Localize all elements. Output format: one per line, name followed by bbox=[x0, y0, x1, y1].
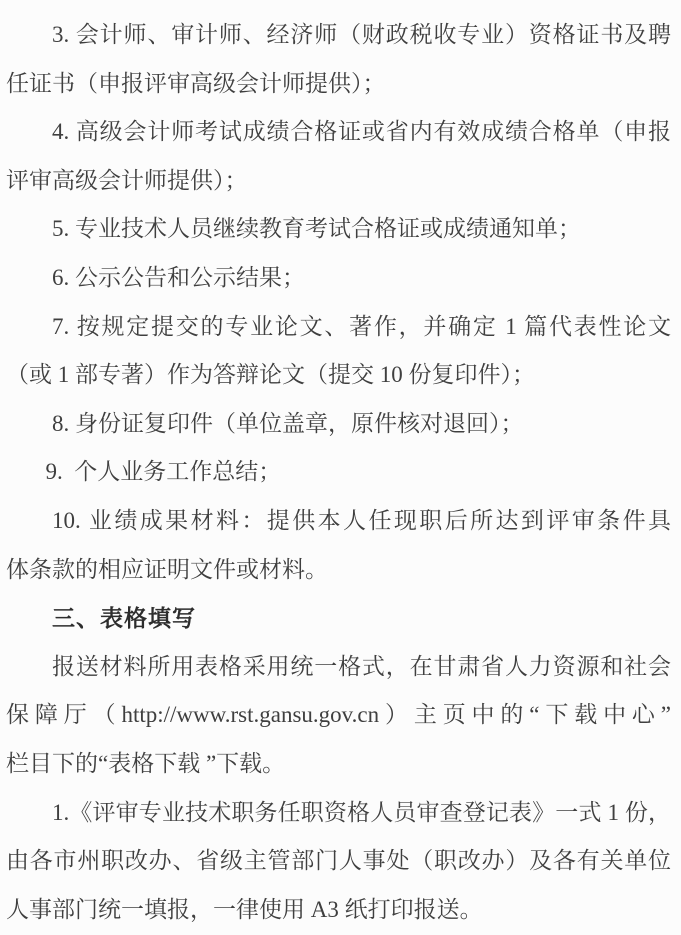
text-line: 报送材料所用表格采用统一格式，在甘肃省人力资源和社会 bbox=[6, 643, 671, 692]
text-line: 4. 高级会计师考试成绩合格证或省内有效成绩合格单（申报 bbox=[6, 108, 671, 157]
text-line: 7. 按规定提交的专业论文、著作，并确定 1 篇代表性论文 bbox=[6, 303, 671, 352]
section-heading-block: 三、表格填写 bbox=[6, 594, 671, 643]
text-line: 体条款的相应证明文件或材料。 bbox=[6, 546, 671, 595]
text-line: 1.《评审专业技术职务任职资格人员审查登记表》一式 1 份， bbox=[6, 789, 671, 838]
text-line: 栏目下的“表格下载 ”下载。 bbox=[6, 740, 671, 789]
section-heading: 三、表格填写 bbox=[6, 594, 671, 643]
text-line: 5. 专业技术人员继续教育考试合格证或成绩通知单； bbox=[6, 205, 671, 254]
text-block: 4. 高级会计师考试成绩合格证或省内有效成绩合格单（申报评审高级会计师提供）； bbox=[6, 108, 671, 205]
text-line: 保障厅（http://www.rst.gansu.gov.cn）主页中的“下载中… bbox=[6, 691, 671, 740]
text-block: 7. 按规定提交的专业论文、著作，并确定 1 篇代表性论文（或 1 部专著）作为… bbox=[6, 303, 671, 400]
text-block: 报送材料所用表格采用统一格式，在甘肃省人力资源和社会保障厅（http://www… bbox=[6, 643, 671, 789]
text-line: 9. 个人业务工作总结； bbox=[6, 448, 671, 497]
document-body: 3. 会计师、审计师、经济师（财政税收专业）资格证书及聘任证书（申报评审高级会计… bbox=[0, 0, 681, 934]
text-block: 9. 个人业务工作总结； bbox=[6, 448, 671, 497]
text-block: 8. 身份证复印件（单位盖章，原件核对退回）； bbox=[6, 400, 671, 449]
text-line: （或 1 部专著）作为答辩论文（提交 10 份复印件）； bbox=[6, 351, 671, 400]
text-line: 6. 公示公告和公示结果； bbox=[6, 254, 671, 303]
text-block: 3. 会计师、审计师、经济师（财政税收专业）资格证书及聘任证书（申报评审高级会计… bbox=[6, 11, 671, 108]
text-line: 人事部门统一填报，一律使用 A3 纸打印报送。 bbox=[6, 886, 671, 935]
text-line: 3. 会计师、审计师、经济师（财政税收专业）资格证书及聘 bbox=[6, 11, 671, 60]
document-page: 3. 会计师、审计师、经济师（财政税收专业）资格证书及聘任证书（申报评审高级会计… bbox=[0, 0, 681, 935]
text-line: 评审高级会计师提供）； bbox=[6, 157, 671, 206]
text-block: 1.《评审专业技术职务任职资格人员审查登记表》一式 1 份，由各市州职改办、省级… bbox=[6, 789, 671, 935]
text-line: 由各市州职改办、省级主管部门人事处（职改办）及各有关单位 bbox=[6, 837, 671, 886]
text-block: 5. 专业技术人员继续教育考试合格证或成绩通知单； bbox=[6, 205, 671, 254]
text-block: 6. 公示公告和公示结果； bbox=[6, 254, 671, 303]
text-line: 10. 业绩成果材料：提供本人任现职后所达到评审条件具 bbox=[6, 497, 671, 546]
text-line: 任证书（申报评审高级会计师提供）； bbox=[6, 60, 671, 109]
text-block: 10. 业绩成果材料：提供本人任现职后所达到评审条件具体条款的相应证明文件或材料… bbox=[6, 497, 671, 594]
text-line: 8. 身份证复印件（单位盖章，原件核对退回）； bbox=[6, 400, 671, 449]
